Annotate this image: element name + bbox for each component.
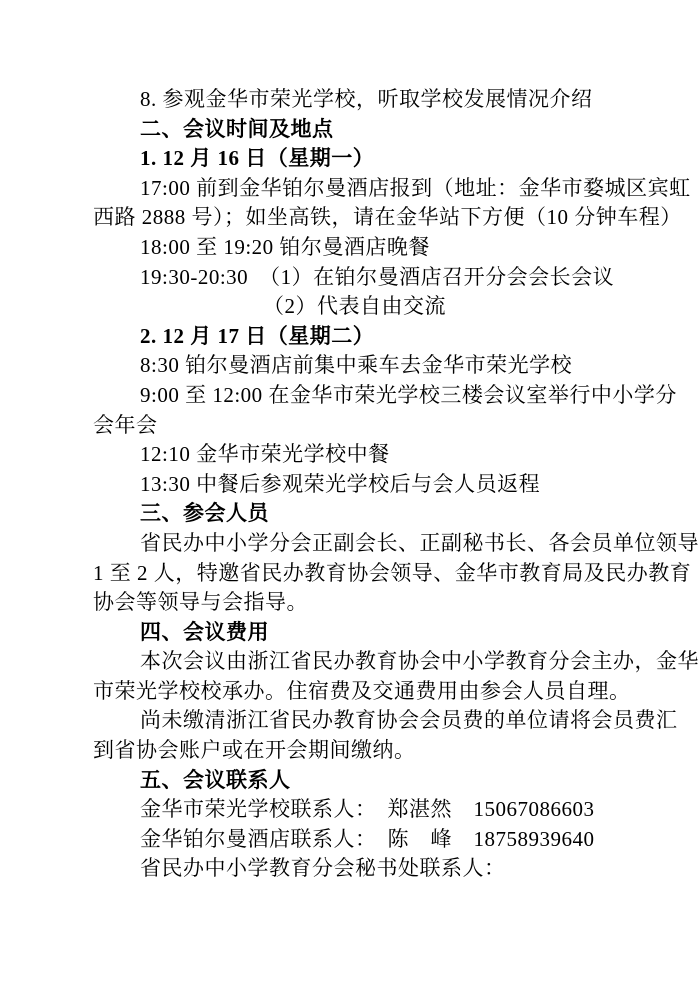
section-heading: 2. 12 月 17 日（星期二） (93, 322, 653, 352)
text-line: 8. 参观金华市荣光学校，听取学校发展情况介绍 (93, 85, 653, 115)
section-heading: 1. 12 月 16 日（星期一） (93, 144, 653, 174)
section-heading: 二、会议时间及地点 (93, 115, 653, 145)
text-line: 13:30 中餐后参观荣光学校后与会人员返程 (93, 470, 653, 500)
text-line: 本次会议由浙江省民办教育协会中小学教育分会主办，金华 (93, 647, 653, 677)
text-line: 12:10 金华市荣光学校中餐 (93, 440, 653, 470)
text-line: 会年会 (93, 411, 653, 441)
text-line: （2）代表自由交流 (93, 292, 653, 322)
text-line: 1 至 2 人，特邀省民办教育协会领导、金华市教育局及民办教育 (93, 559, 653, 589)
text-line: 协会等领导与会指导。 (93, 588, 653, 618)
text-line: 金华市荣光学校联系人： 郑湛然 15067086603 (93, 795, 653, 825)
text-line: 省民办中小学教育分会秘书处联系人： (93, 854, 653, 884)
text-line: 9:00 至 12:00 在金华市荣光学校三楼会议室举行中小学分 (93, 381, 653, 411)
text-line: 17:00 前到金华铂尔曼酒店报到（地址：金华市婺城区宾虹 (93, 174, 653, 204)
text-line: 18:00 至 19:20 铂尔曼酒店晚餐 (93, 233, 653, 263)
document-body: 8. 参观金华市荣光学校，听取学校发展情况介绍二、会议时间及地点1. 12 月 … (93, 85, 653, 884)
section-heading: 三、参会人员 (93, 499, 653, 529)
text-line: 省民办中小学分会正副会长、正副秘书长、各会员单位领导 (93, 529, 653, 559)
text-line: 19:30-20:30 （1）在铂尔曼酒店召开分会会长会议 (93, 263, 653, 293)
text-line: 西路 2888 号）；如坐高铁，请在金华站下方便（10 分钟车程） (93, 203, 653, 233)
text-line: 8:30 铂尔曼酒店前集中乘车去金华市荣光学校 (93, 351, 653, 381)
section-heading: 四、会议费用 (93, 618, 653, 648)
text-line: 金华铂尔曼酒店联系人： 陈 峰 18758939640 (93, 825, 653, 855)
text-line: 市荣光学校校承办。住宿费及交通费用由参会人员自理。 (93, 677, 653, 707)
document-page: 8. 参观金华市荣光学校，听取学校发展情况介绍二、会议时间及地点1. 12 月 … (0, 0, 700, 989)
text-line: 到省协会账户或在开会期间缴纳。 (93, 736, 653, 766)
text-line: 尚未缴清浙江省民办教育协会会员费的单位请将会员费汇 (93, 706, 653, 736)
section-heading: 五、会议联系人 (93, 766, 653, 796)
